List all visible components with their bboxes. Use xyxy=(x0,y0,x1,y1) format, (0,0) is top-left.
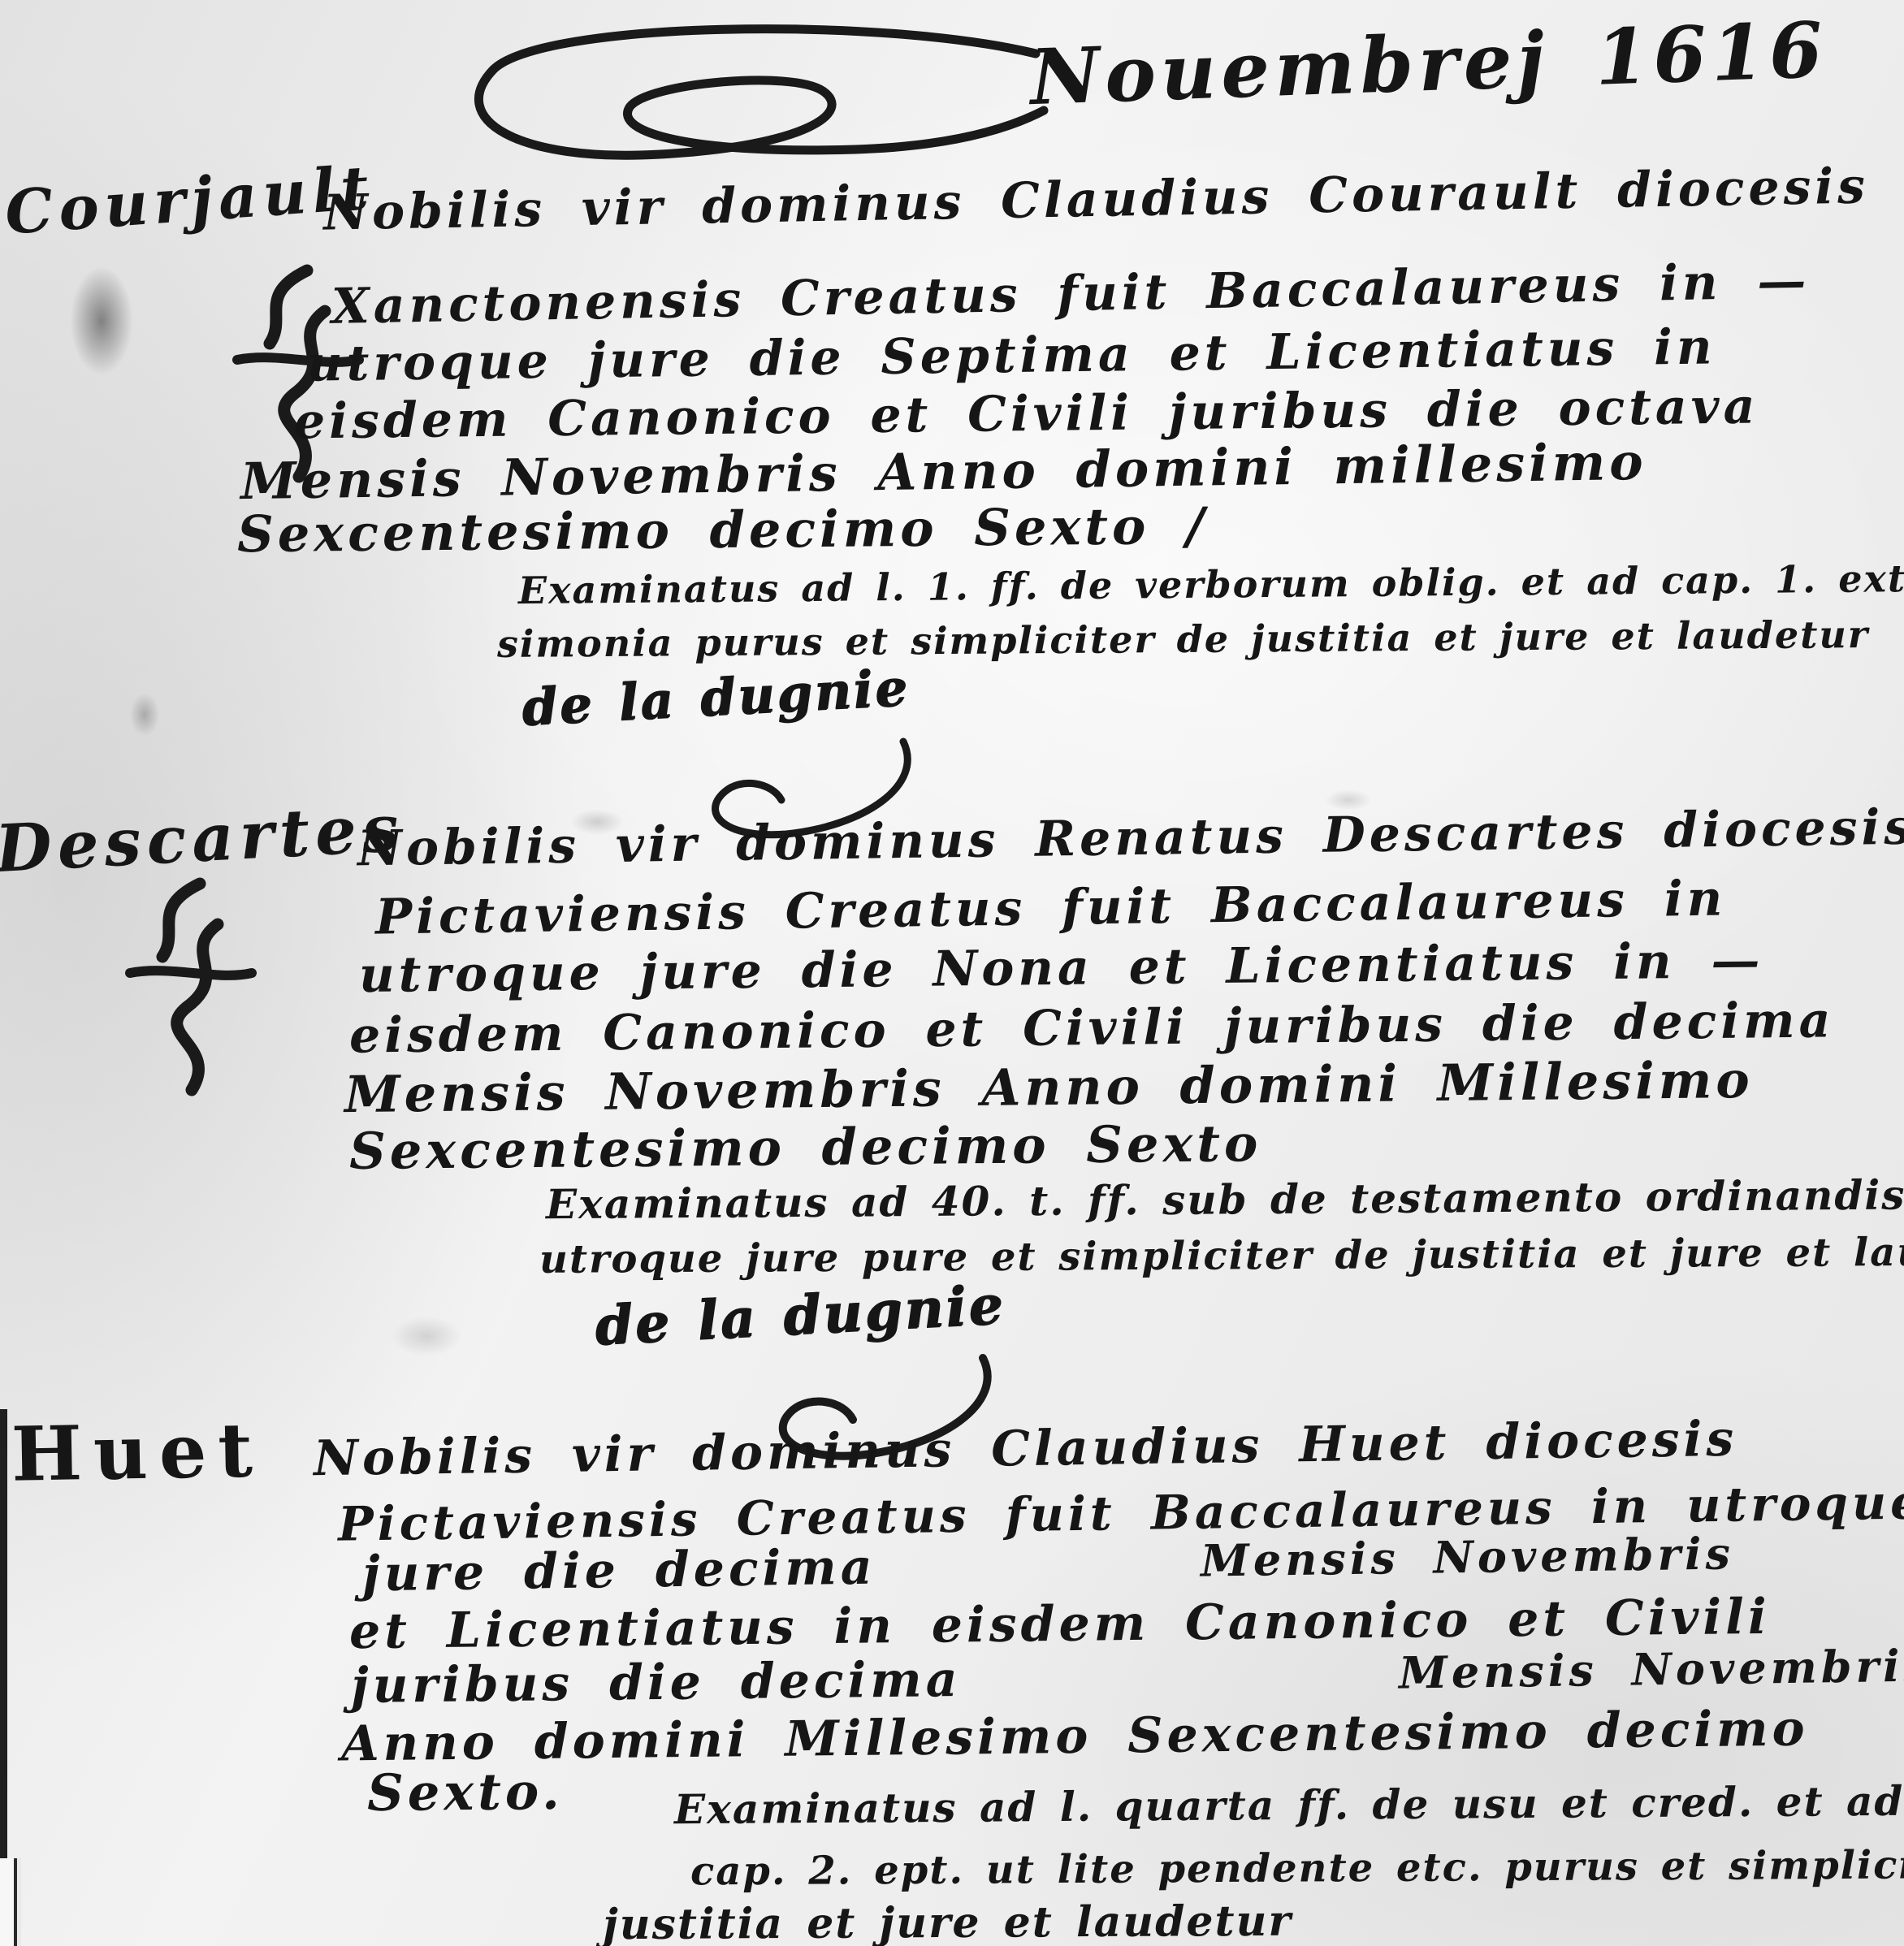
manuscript-line: Sexcentesimo decimo Sexto xyxy=(349,1118,1262,1177)
manuscript-line: Mensis Novembris xyxy=(1201,1531,1735,1582)
scan-corner-strip xyxy=(0,1858,21,1946)
manuscript-line: utroque jure die Nona et Licentiatus in … xyxy=(359,936,1764,1000)
examination-line: Examinatus ad l. 1. ff. de verborum obli… xyxy=(518,559,1904,609)
examination-line: Examinatus ad 40. t. ff. sub de testamen… xyxy=(546,1174,1904,1225)
manuscript-line: utroque jure die Septima et Licentiatus … xyxy=(307,322,1716,388)
manuscript-line: Mensis Novembris xyxy=(1399,1643,1904,1694)
manuscript-line: juribus die decima xyxy=(351,1655,962,1710)
header-calligraphic-flourish-icon xyxy=(402,15,1052,173)
examination-line: cap. 2. ept. ut lite pendente etc. purus… xyxy=(690,1845,1904,1892)
entry2-descender-flourish-icon xyxy=(96,877,275,1113)
manuscript-line: Sexto. xyxy=(367,1767,564,1818)
manuscript-line: Sexcentesimo decimo Sexto / xyxy=(237,501,1209,560)
examination-line: Examinatus ad l. quarta ff. de usu et cr… xyxy=(674,1781,1904,1831)
manuscript-line: eisdem Canonico et Civili juribus die de… xyxy=(349,996,1835,1060)
signature-de-la-dugnie: de la dugnie xyxy=(521,663,911,733)
manuscript-line: Nobilis vir dominus Claudius Huet dioces… xyxy=(314,1415,1738,1483)
margin-name-descartes: Descartes xyxy=(0,795,406,881)
date-heading: Nouembrej 1616 xyxy=(1029,12,1828,116)
examination-line: utroque jure pure et simpliciter de just… xyxy=(539,1232,1904,1279)
manuscript-line: Anno domini Millesimo Sexcentesimo decim… xyxy=(341,1705,1809,1769)
signature-de-la-dugnie: de la dugnie xyxy=(594,1278,1006,1352)
examination-line: justitia et jure et laudetur xyxy=(603,1901,1292,1946)
manuscript-line: Mensis Novembris Anno domini Millesimo xyxy=(344,1055,1754,1120)
margin-name-courjault: Courjault xyxy=(3,158,376,244)
manuscript-page: Nouembrej 1616 Courjault Nobilis vir dom… xyxy=(0,0,1904,1946)
margin-name-huet: Huet xyxy=(11,1412,264,1491)
manuscript-line: Nobilis vir dominus Renatus Descartes di… xyxy=(357,803,1904,874)
manuscript-line: Pictaviensis Creatus fuit Baccalaureus i… xyxy=(375,874,1727,941)
examination-line: simonia purus et simpliciter de justitia… xyxy=(497,616,1869,663)
manuscript-line: Nobilis vir dominus Claudius Courault di… xyxy=(323,162,1870,237)
manuscript-line: jure die decima xyxy=(362,1543,876,1599)
